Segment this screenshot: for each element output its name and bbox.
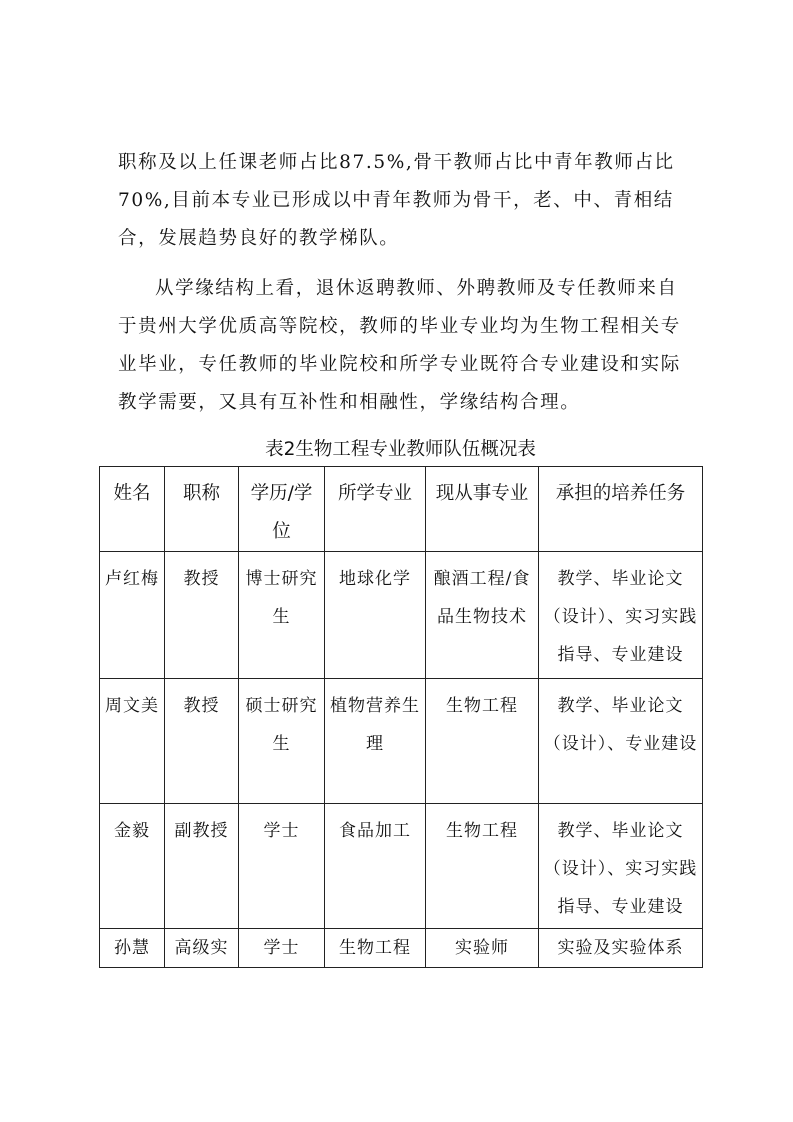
cell-duties: 教学、毕业论文（设计）、实习实践指导、专业建设	[539, 804, 703, 929]
header-current-field: 现从事专业	[426, 467, 539, 552]
cell-title: 教授	[165, 552, 239, 679]
cell-duties: 实验及实验体系	[539, 929, 703, 968]
paragraph-teacher-ratio: 职称及以上任课老师占比87.5%,骨干教师占比中青年教师占比70%,目前本专业已…	[118, 144, 688, 258]
cell-title: 高级实	[165, 929, 239, 968]
table-header-row: 姓名 职称 学历/学位 所学专业 现从事专业 承担的培养任务	[100, 467, 703, 552]
cell-current-field: 生物工程	[426, 804, 539, 929]
cell-current-field: 生物工程	[426, 679, 539, 804]
cell-name: 孙慧	[100, 929, 165, 968]
cell-name: 卢红梅	[100, 552, 165, 679]
cell-duties: 教学、毕业论文（设计）、专业建设	[539, 679, 703, 804]
cell-major: 植物营养生理	[325, 679, 426, 804]
table-caption: 表2生物工程专业教师队伍概况表	[99, 436, 702, 464]
header-degree: 学历/学位	[239, 467, 325, 552]
cell-current-field: 实验师	[426, 929, 539, 968]
cell-title: 教授	[165, 679, 239, 804]
table-row: 金毅 副教授 学士 食品加工 生物工程 教学、毕业论文（设计）、实习实践指导、专…	[100, 804, 703, 929]
table-row: 卢红梅 教授 博士研究生 地球化学 酿酒工程/食品生物技术 教学、毕业论文（设计…	[100, 552, 703, 679]
header-name: 姓名	[100, 467, 165, 552]
cell-degree: 博士研究生	[239, 552, 325, 679]
cell-duties: 教学、毕业论文（设计）、实习实践指导、专业建设	[539, 552, 703, 679]
table-row: 周文美 教授 硕士研究生 植物营养生理 生物工程 教学、毕业论文（设计）、专业建…	[100, 679, 703, 804]
table-row: 孙慧 高级实 学士 生物工程 实验师 实验及实验体系	[100, 929, 703, 968]
header-duties: 承担的培养任务	[539, 467, 703, 552]
cell-title: 副教授	[165, 804, 239, 929]
header-title: 职称	[165, 467, 239, 552]
staff-table: 姓名 职称 学历/学位 所学专业 现从事专业 承担的培养任务 卢红梅 教授 博士…	[99, 466, 703, 968]
header-major: 所学专业	[325, 467, 426, 552]
cell-name: 周文美	[100, 679, 165, 804]
cell-degree: 学士	[239, 804, 325, 929]
cell-name: 金毅	[100, 804, 165, 929]
cell-major: 生物工程	[325, 929, 426, 968]
cell-degree: 硕士研究生	[239, 679, 325, 804]
cell-major: 地球化学	[325, 552, 426, 679]
paragraph-academic-structure: 从学缘结构上看，退休返聘教师、外聘教师及专任教师来自于贵州大学优质高等院校，教师…	[118, 270, 688, 422]
cell-current-field: 酿酒工程/食品生物技术	[426, 552, 539, 679]
cell-degree: 学士	[239, 929, 325, 968]
cell-major: 食品加工	[325, 804, 426, 929]
